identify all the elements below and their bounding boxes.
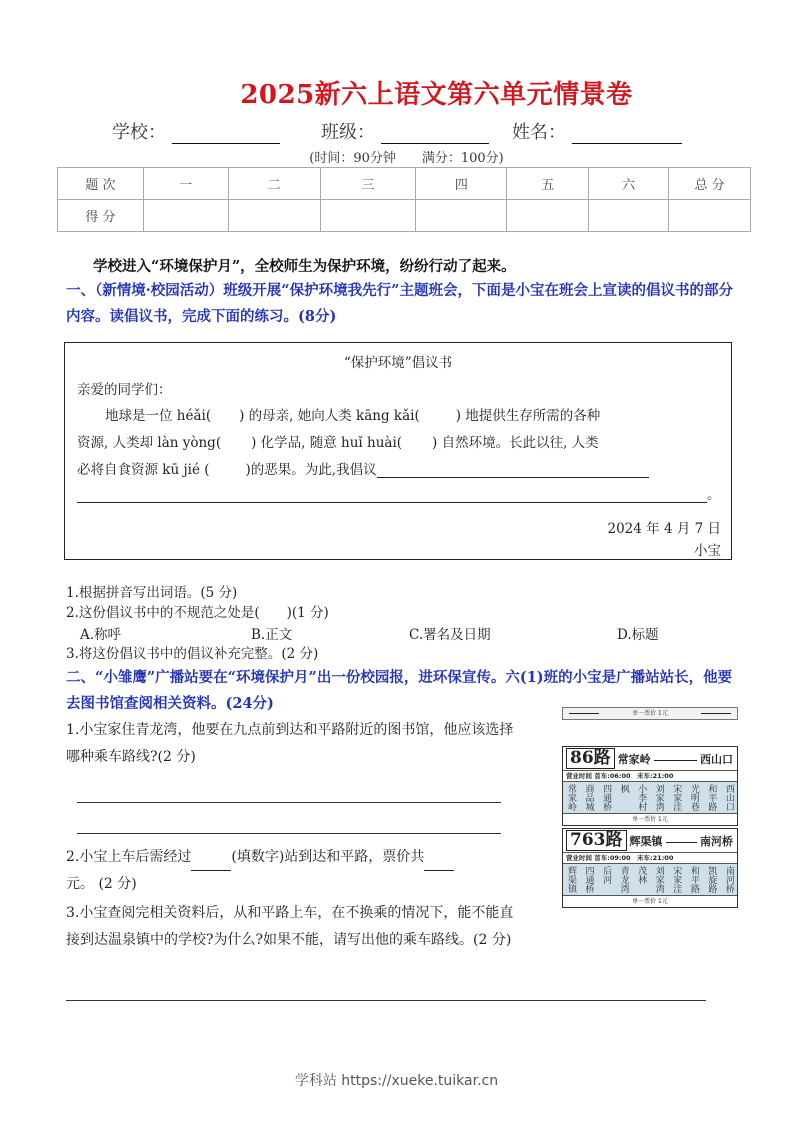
- school-field: 学校：: [112, 118, 280, 144]
- letter-text: ) 地提供生存所需的各种: [456, 408, 601, 424]
- stop: 凯旋路: [706, 866, 716, 893]
- stop: 西山口: [724, 784, 734, 811]
- letter-title: “保护环境”倡议书: [65, 351, 731, 371]
- stop-list: 辉渠镇 四通桥 后河 青龙湾 茂林 刘家湾 宋家洼 和平路 凯旋路 南河桥: [563, 864, 737, 896]
- fare-strip: 单一票价 1元: [563, 896, 737, 907]
- s1-question-1: 1.根据拼音写出词语。(5 分): [66, 581, 237, 601]
- option-b[interactable]: B.正文: [251, 623, 292, 643]
- col-6: 六: [589, 168, 669, 200]
- proposal-answer-line-1[interactable]: [377, 462, 649, 478]
- stop: 青龙湾: [619, 866, 629, 893]
- proposal-answer-line-2[interactable]: [77, 487, 707, 503]
- stop: 刘家湾: [654, 784, 664, 811]
- score-cell[interactable]: [507, 200, 589, 232]
- score-cell[interactable]: [143, 200, 228, 232]
- table-row-score: 得 分: [58, 200, 751, 232]
- time-note: (时间：90分钟 满分：100分): [0, 147, 793, 166]
- fare-text: 单一票价 1元: [632, 710, 668, 717]
- q2-text-a: 2.小宝上车后需经过: [66, 849, 191, 865]
- letter-greeting: 亲爱的同学们：: [77, 378, 172, 398]
- letter-line-4: 。: [77, 483, 721, 503]
- intro-text: 学校进入“环境保护月”，全校师生为保护环境，纷纷行动了起来。: [93, 255, 516, 276]
- score-cell[interactable]: [320, 200, 416, 232]
- letter-line-2: 资源, 人类却 làn yòng() 化学品, 随意 huǐ huài() 自然…: [77, 431, 599, 451]
- q2-stations-blank[interactable]: [191, 853, 231, 871]
- s2-question-2: 2.小宝上车后需经过(填数字)站到达和平路，票价共 元。 (2 分): [66, 844, 521, 898]
- stop: 刘家湾: [654, 866, 664, 893]
- q1-answer-line-2[interactable]: [77, 833, 501, 834]
- letter-date: 2024 年 4 月 7 日: [608, 517, 722, 537]
- col-5: 五: [507, 168, 589, 200]
- pinyin-kangkai: ) 的母亲, 她向人类 kāng kǎi(: [239, 408, 420, 424]
- class-label: 班级：: [321, 122, 375, 143]
- pinyin-huihuai: ) 化学品, 随意 huǐ huài(: [251, 435, 402, 451]
- stop: 枫: [619, 784, 629, 811]
- row-header-question: 题 次: [58, 168, 144, 200]
- stop: 南河桥: [724, 866, 734, 893]
- letter-signature: 小宝: [694, 539, 721, 559]
- name-label: 姓名：: [512, 122, 566, 143]
- col-total: 总 分: [669, 168, 751, 200]
- table-row-header: 题 次 一 二 三 四 五 六 总 分: [58, 168, 751, 200]
- bus-card-763: 763路 辉渠镇 南河桥 营业时间 首车:09:00 末车:21:00 辉渠镇 …: [562, 828, 738, 908]
- route-number: 86路: [566, 748, 615, 769]
- option-d[interactable]: D.标题: [617, 623, 659, 643]
- stop: 四通桥: [601, 784, 611, 811]
- score-cell[interactable]: [589, 200, 669, 232]
- q2-text-c: 元。 (2 分): [66, 876, 137, 892]
- stop: 宋家洼: [671, 866, 681, 893]
- score-cell[interactable]: [669, 200, 751, 232]
- stop: 商品城: [584, 784, 594, 811]
- name-input-line[interactable]: [572, 124, 682, 144]
- q2-text-b: (填数字)站到达和平路，票价共: [231, 849, 424, 865]
- letter-line-1: 地球是一位 héǎi() 的母亲, 她向人类 kāng kǎi() 地提供生存所…: [105, 404, 600, 424]
- route-from: 辉渠镇: [630, 833, 663, 849]
- q3-answer-line[interactable]: [66, 1000, 706, 1001]
- s1-question-3: 3.将这份倡议书中的倡议补充完整。(2 分): [66, 642, 318, 662]
- s1-question-2: 2.这份倡议书中的不规范之处是( )(1 分): [66, 601, 329, 621]
- col-3: 三: [320, 168, 416, 200]
- proposal-letter: “保护环境”倡议书 亲爱的同学们： 地球是一位 héǎi() 的母亲, 她向人类…: [64, 342, 732, 560]
- stop: 宋家洼: [671, 784, 681, 811]
- fare-text: 单一票价 1元: [632, 816, 668, 823]
- arrow-right-icon: [701, 713, 731, 714]
- route-dash: [666, 833, 698, 843]
- stop: 后河: [601, 866, 611, 893]
- row-header-score: 得 分: [58, 200, 144, 232]
- route-to: 西山口: [700, 751, 733, 767]
- school-label: 学校：: [112, 122, 166, 143]
- stop-list: 常家岭 商品城 四通桥 枫 小李村 刘家湾 宋家洼 光明巷 和平路 西山口: [563, 782, 737, 814]
- col-2: 二: [228, 168, 320, 200]
- bus-card-86: 86路 常家岭 西山口 营业时间 首车:06:00 末车:21:00 常家岭 商…: [562, 746, 738, 826]
- pinyin-kujie: 必将自食资源 kū jié (: [77, 462, 210, 478]
- route-to: 南河桥: [700, 833, 733, 849]
- pinyin-heai: 地球是一位 héǎi(: [105, 408, 211, 424]
- stop: 光明巷: [689, 784, 699, 811]
- service-hours: 营业时间 首车:06:00 末车:21:00: [563, 771, 737, 782]
- period: 。: [707, 487, 721, 503]
- fare-text: 单一票价 1元: [632, 898, 668, 905]
- service-hours: 营业时间 首车:09:00 末车:21:00: [563, 853, 737, 864]
- stop: 辉渠镇: [566, 866, 576, 893]
- score-table: 题 次 一 二 三 四 五 六 总 分 得 分: [57, 167, 751, 232]
- letter-text: ) 自然环境。长此以往, 人类: [432, 435, 599, 451]
- score-cell[interactable]: [228, 200, 320, 232]
- s2-question-3: 3.小宝查阅完相关资料后，从和平路上车，在不换乘的情况下，能不能直接到达温泉镇中…: [66, 900, 521, 954]
- stop: 和平路: [706, 784, 716, 811]
- col-1: 一: [143, 168, 228, 200]
- section1-heading: 一、（新情境·校园活动）班级开展“保护环境我先行”主题班会，下面是小宝在班会上宣…: [66, 278, 736, 330]
- col-4: 四: [416, 168, 507, 200]
- stop: 小李村: [636, 784, 646, 811]
- stop: 常家岭: [566, 784, 576, 811]
- option-a[interactable]: A.称呼: [80, 623, 121, 643]
- route-dash: [654, 751, 697, 761]
- pinyin-lanyong: 资源, 人类却 làn yòng(: [77, 435, 221, 451]
- score-cell[interactable]: [416, 200, 507, 232]
- route-number: 763路: [566, 830, 627, 851]
- page-title: 2025新六上语文第六单元情景卷: [0, 74, 793, 111]
- route-from: 常家岭: [618, 751, 651, 767]
- name-field: 姓名：: [512, 118, 682, 144]
- q2-fare-blank[interactable]: [424, 853, 454, 871]
- stop: 四通桥: [584, 866, 594, 893]
- fare-strip: 单一票价 1元: [563, 814, 737, 825]
- class-field: 班级：: [321, 118, 489, 144]
- fare-strip-top: 单一票价 1元: [562, 707, 738, 720]
- letter-line-3: 必将自食资源 kū jié ()的恶果。为此,我倡议: [77, 458, 649, 478]
- footer-watermark: 学科站 https://xueke.tuikar.cn: [0, 1070, 793, 1090]
- s2-question-1: 1.小宝家住青龙湾，他要在九点前到达和平路附近的图书馆，他应该选择哪种乘车路线?…: [66, 717, 521, 771]
- option-c[interactable]: C.署名及日期: [409, 623, 491, 643]
- arrow-left-icon: [569, 713, 599, 714]
- school-input-line[interactable]: [172, 124, 280, 144]
- class-input-line[interactable]: [381, 124, 489, 144]
- letter-text: )的恶果。为此,我倡议: [246, 462, 377, 478]
- stop: 茂林: [636, 866, 646, 893]
- stop: 和平路: [689, 866, 699, 893]
- q1-answer-line-1[interactable]: [77, 802, 501, 803]
